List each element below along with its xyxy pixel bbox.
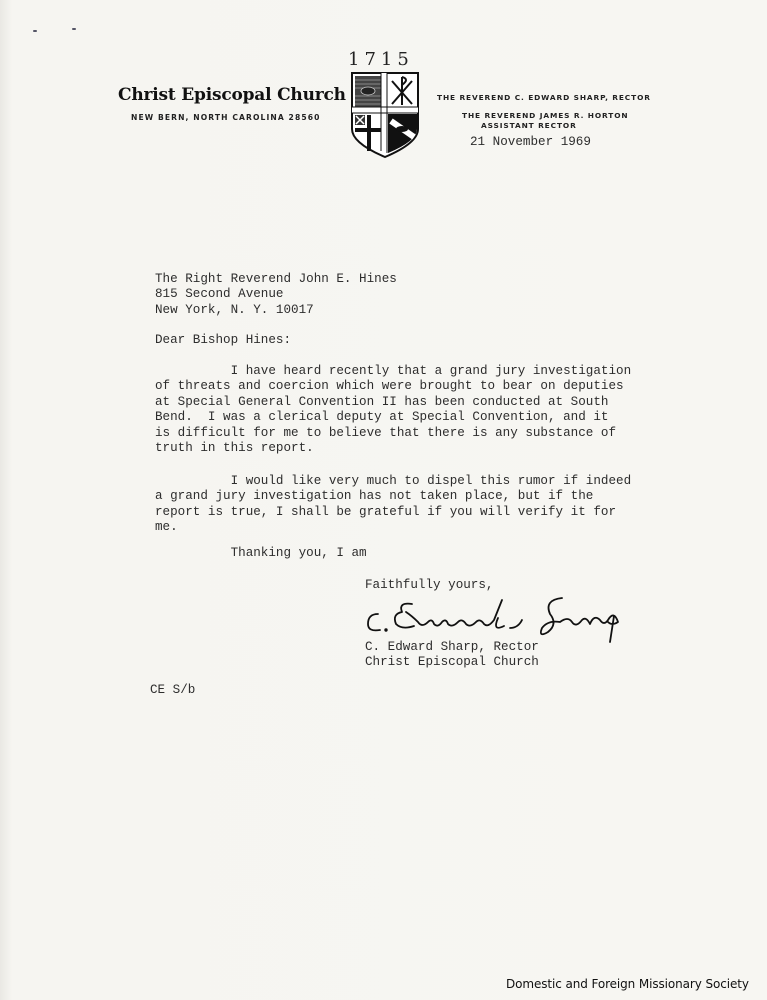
reference-initials: CE S/b bbox=[150, 683, 195, 698]
letter-page: Christ Episcopal Church NEW BERN, NORTH … bbox=[0, 0, 767, 1000]
closing-line: Thanking you, I am bbox=[155, 546, 367, 561]
handwritten-signature bbox=[362, 592, 642, 644]
church-address: NEW BERN, NORTH CAROLINA 28560 bbox=[131, 113, 320, 122]
recipient-address: The Right Reverend John E. Hines 815 Sec… bbox=[155, 272, 397, 318]
body-paragraph-1: I have heard recently that a grand jury … bbox=[155, 364, 631, 456]
body-paragraph-2: I would like very much to dispel this ru… bbox=[155, 474, 631, 536]
paper-speck bbox=[33, 30, 37, 32]
coat-of-arms-shield-icon bbox=[350, 71, 420, 159]
rector-name: THE REVEREND C. EDWARD SHARP, RECTOR bbox=[437, 93, 651, 102]
salutation: Dear Bishop Hines: bbox=[155, 333, 291, 348]
founded-year: 1715 bbox=[348, 49, 414, 70]
church-name: Christ Episcopal Church bbox=[118, 85, 346, 105]
collection-credit: Domestic and Foreign Missionary Society bbox=[506, 977, 749, 991]
assistant-rector-name: THE REVEREND JAMES R. HORTON bbox=[462, 111, 629, 120]
assistant-rector-title: ASSISTANT RECTOR bbox=[481, 121, 577, 130]
paper-speck bbox=[72, 28, 76, 30]
signer-block: C. Edward Sharp, Rector Christ Episcopal… bbox=[365, 640, 539, 671]
letter-date: 21 November 1969 bbox=[470, 135, 591, 150]
